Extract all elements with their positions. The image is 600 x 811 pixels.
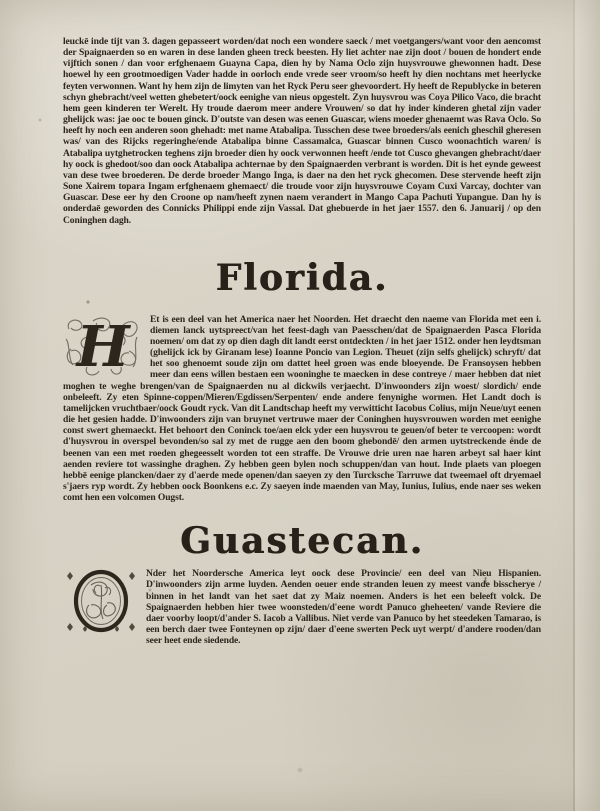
page-edge-strip [575, 0, 600, 811]
guastecan-paragraph: Nder het Noordersche America leyt oock d… [63, 568, 541, 646]
scanned-book-page: leuckē inde tijt van 3. dagen gepasseert… [0, 0, 600, 811]
ornamental-initial-h-icon: H [63, 315, 143, 378]
ornamental-initial-o-icon [63, 569, 139, 635]
intro-paragraph: leuckē inde tijt van 3. dagen gepasseert… [63, 36, 541, 226]
text-block: leuckē inde tijt van 3. dagen gepasseert… [63, 36, 541, 646]
guastecan-body-text: Nder het Noordersche America leyt oock d… [146, 568, 541, 646]
stray-signature-mark: 1 [483, 576, 488, 587]
section-heading-florida: Florida. [63, 256, 541, 300]
svg-text:H: H [75, 315, 132, 378]
florida-paragraph: H Et is een deel van het America naer he… [63, 314, 541, 504]
section-heading-guastecan: Guastecan. [63, 519, 541, 563]
page-edge-line [573, 0, 575, 811]
